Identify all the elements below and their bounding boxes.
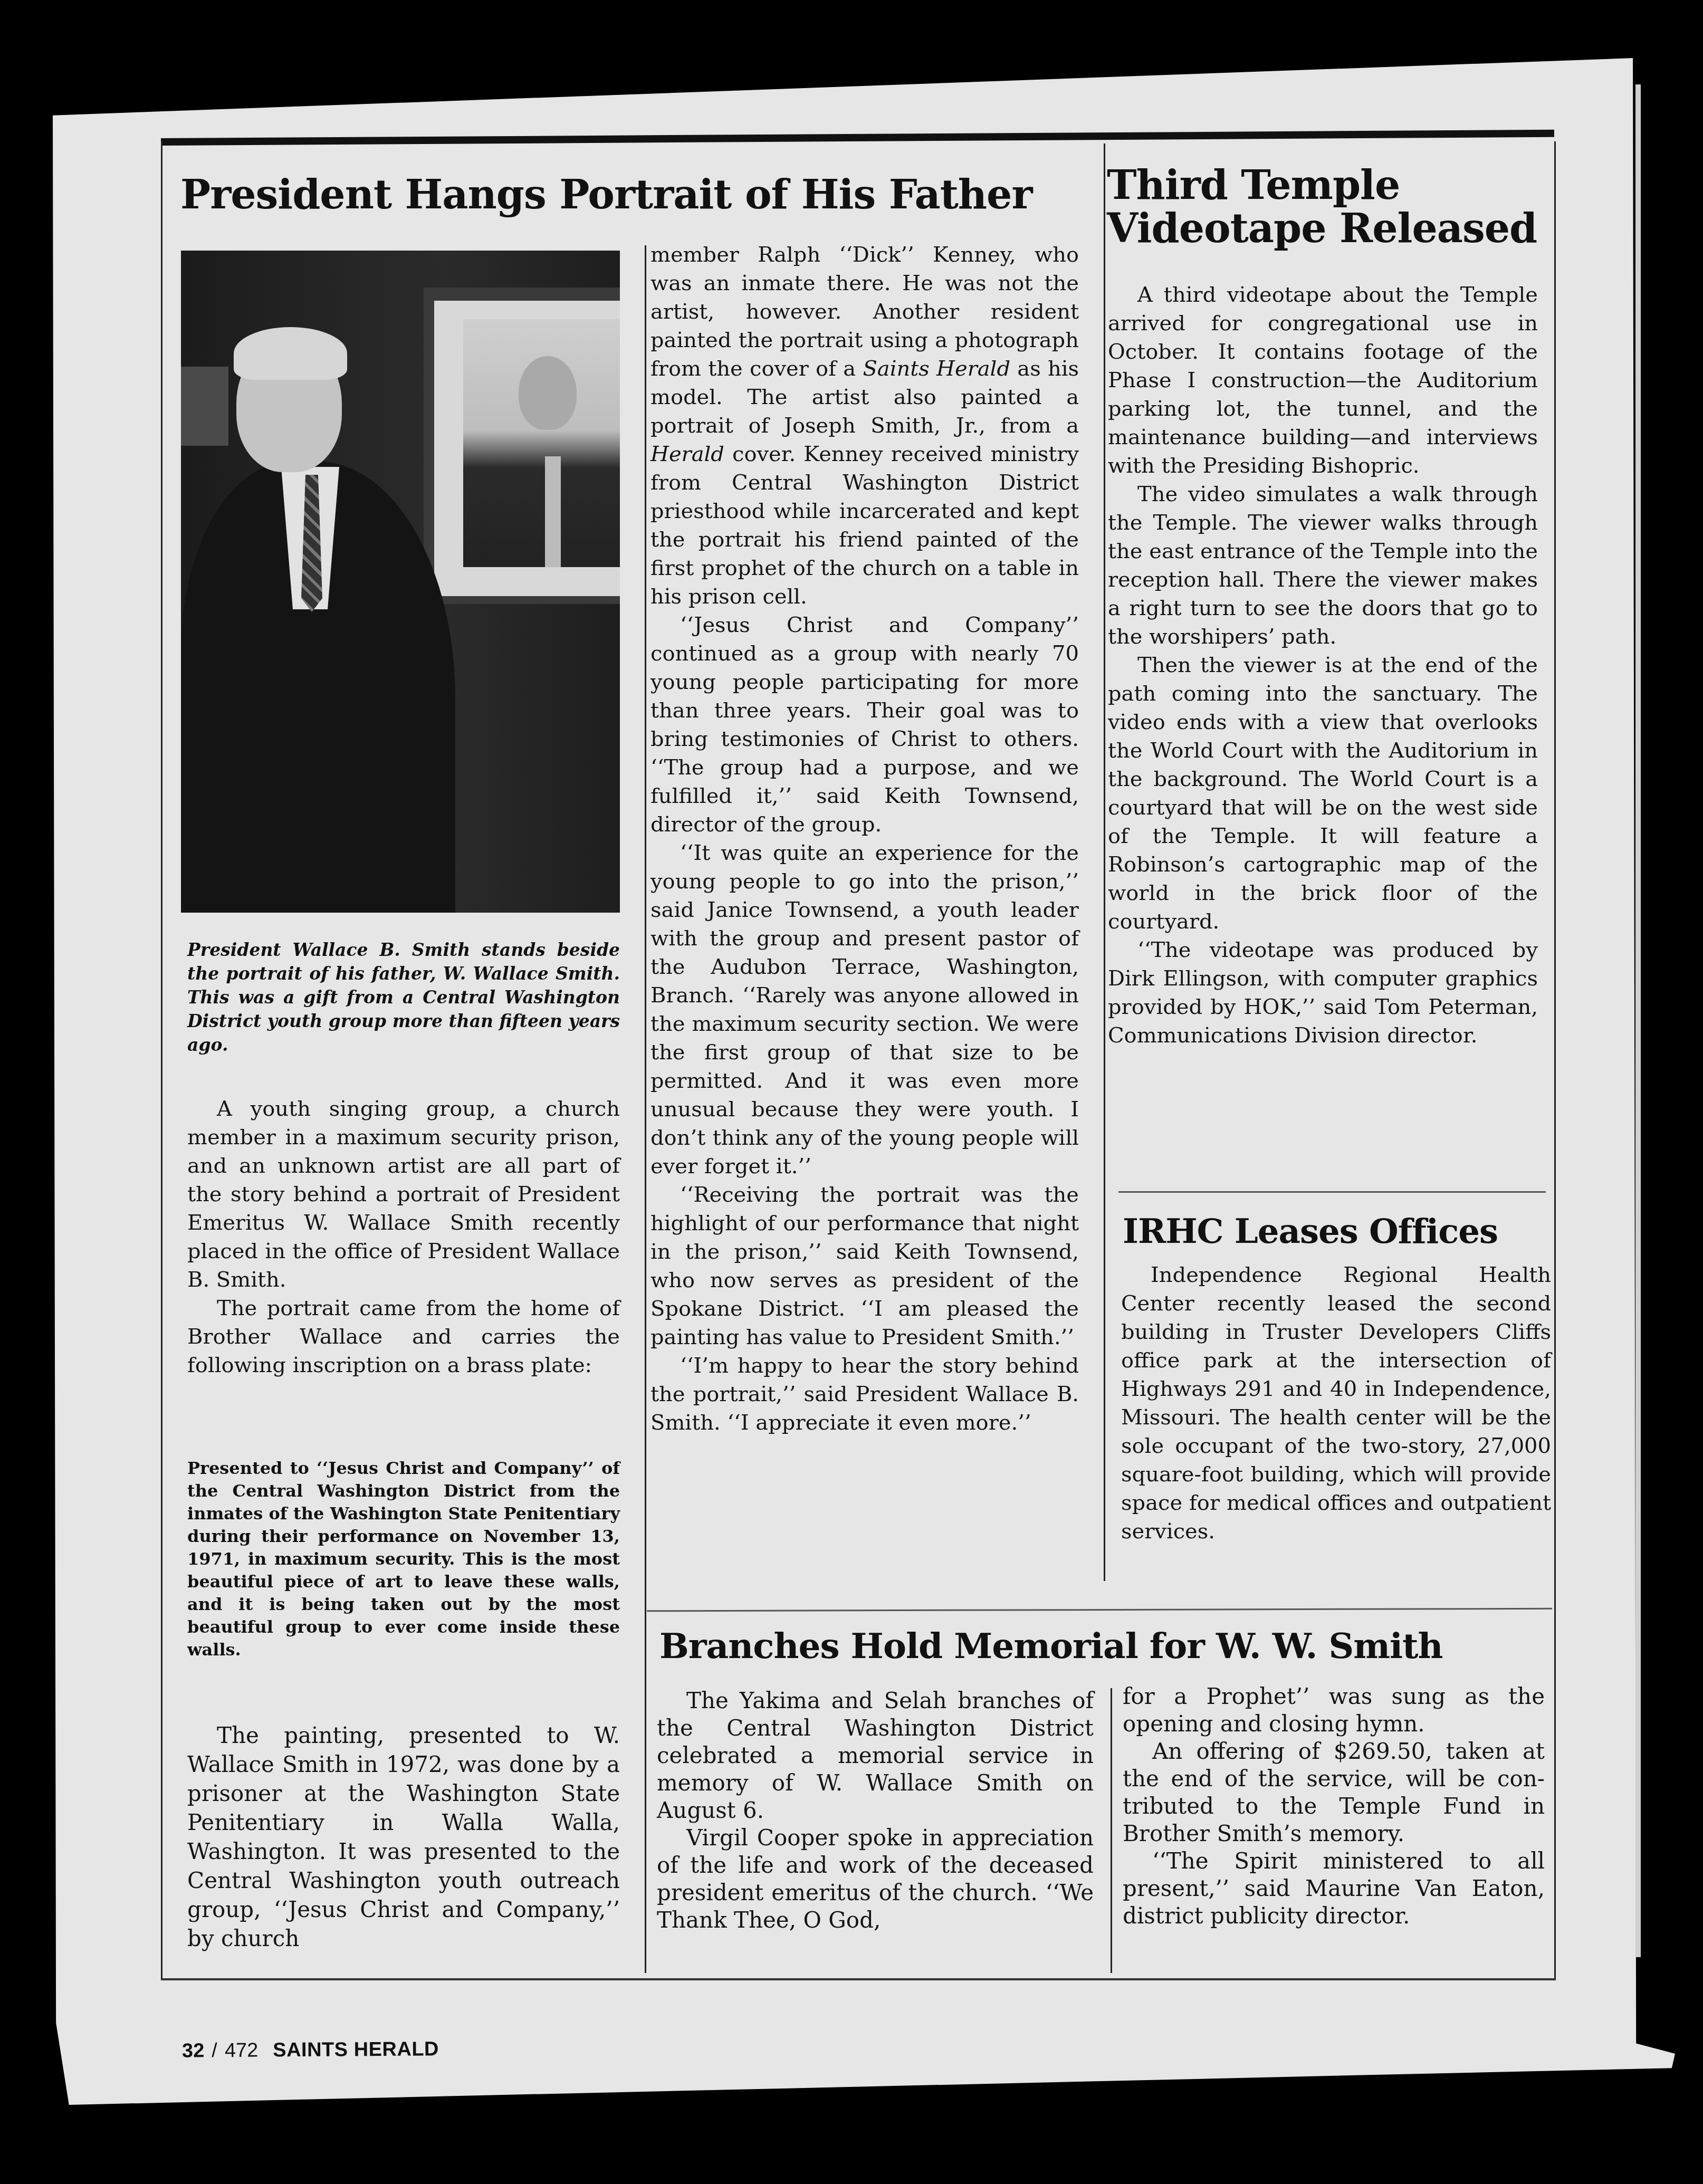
portrait-col2-body: member Ralph ‘‘Dick’’ Kenney, who was an… xyxy=(650,241,1079,1437)
paragraph: The Yakima and Selah branches of the Cen… xyxy=(657,1687,1094,1824)
magazine-name: SAINTS HERALD xyxy=(273,2038,439,2061)
page-number: 32 xyxy=(182,2039,205,2062)
memorial-col2-body: for a Prophet’’ was sung as the opening … xyxy=(1123,1683,1545,1930)
portrait-col1-continued: The painting, presented to W. Wallace Sm… xyxy=(187,1721,620,1953)
painting-face xyxy=(519,356,577,430)
brass-plate-inscription: Presented to ‘‘Jesus Christ and Com­pany… xyxy=(187,1457,620,1661)
photo-caption: President Wallace B. Smith stands beside… xyxy=(187,938,620,1057)
headline-videotape: Third Temple Videotape Released xyxy=(1107,164,1561,250)
paragraph: A youth singing group, a church member i… xyxy=(187,1095,620,1294)
paragraph: Then the viewer is at the end of the pat… xyxy=(1108,651,1538,936)
section-rule xyxy=(1118,1191,1546,1193)
portrait-col1-body: A youth singing group, a church member i… xyxy=(187,1095,620,1380)
footer-separator: / xyxy=(212,2039,217,2062)
paragraph: ‘‘It was quite an experience for the you… xyxy=(650,839,1079,1181)
headline-irhc: IRHC Leases Offices xyxy=(1123,1213,1545,1250)
page-edge xyxy=(1635,84,1641,1957)
column-divider xyxy=(1111,1688,1112,1973)
headline-line: Videotape Released xyxy=(1107,207,1561,250)
paragraph: ‘‘The Spirit ministered to all present,’… xyxy=(1123,1847,1545,1930)
paragraph: Virgil Cooper spoke in apprecia­tion of … xyxy=(657,1824,1094,1934)
text-run: cover. Kenney received ministry from Cen… xyxy=(650,442,1079,609)
man-hair xyxy=(234,327,347,380)
headline-portrait: President Hangs Portrait of His Father xyxy=(180,173,1098,216)
painting-shirt xyxy=(545,456,561,567)
paragraph: member Ralph ‘‘Dick’’ Kenney, who was an… xyxy=(650,241,1079,611)
headline-memorial: Branches Hold Memorial for W. W. Smith xyxy=(659,1627,1546,1665)
paragraph: An offering of $269.50, taken at the end… xyxy=(1123,1738,1545,1847)
paragraph: A third videotape about the Temple arriv… xyxy=(1108,281,1538,480)
publication-title-italic: Saints Herald xyxy=(863,357,1010,381)
videotape-body: A third videotape about the Temple arriv… xyxy=(1108,281,1538,1050)
volume-page-number: 472 xyxy=(225,2039,259,2062)
publication-title-italic: Herald xyxy=(650,442,724,466)
page-footer: 32/472SAINTS HERALD xyxy=(182,2038,439,2062)
paragraph: for a Prophet’’ was sung as the opening … xyxy=(1123,1683,1545,1738)
bookshelf xyxy=(181,367,228,446)
paragraph: Independence Regional Health Center rece… xyxy=(1121,1261,1551,1546)
paragraph: The portrait came from the home of Broth… xyxy=(187,1294,620,1380)
memorial-col1-body: The Yakima and Selah branches of the Cen… xyxy=(657,1687,1094,1934)
headline-line: Third Temple xyxy=(1107,164,1561,207)
paragraph: ‘‘The videotape was produced by Dirk Ell… xyxy=(1108,936,1538,1050)
paragraph: The painting, presented to W. Wallace Sm… xyxy=(187,1721,620,1953)
column-divider xyxy=(645,245,646,1973)
irhc-body: Independence Regional Health Center rece… xyxy=(1121,1261,1551,1546)
portrait-photo xyxy=(181,251,620,913)
paragraph: ‘‘I’m happy to hear the story behind the… xyxy=(650,1352,1079,1437)
column-divider xyxy=(1104,143,1105,1581)
paragraph: ‘‘Receiving the portrait was the highlig… xyxy=(650,1181,1079,1352)
paragraph: The video simulates a walk through the T… xyxy=(1108,480,1538,651)
paragraph: ‘‘Jesus Christ and Company’’ continued a… xyxy=(650,611,1079,839)
